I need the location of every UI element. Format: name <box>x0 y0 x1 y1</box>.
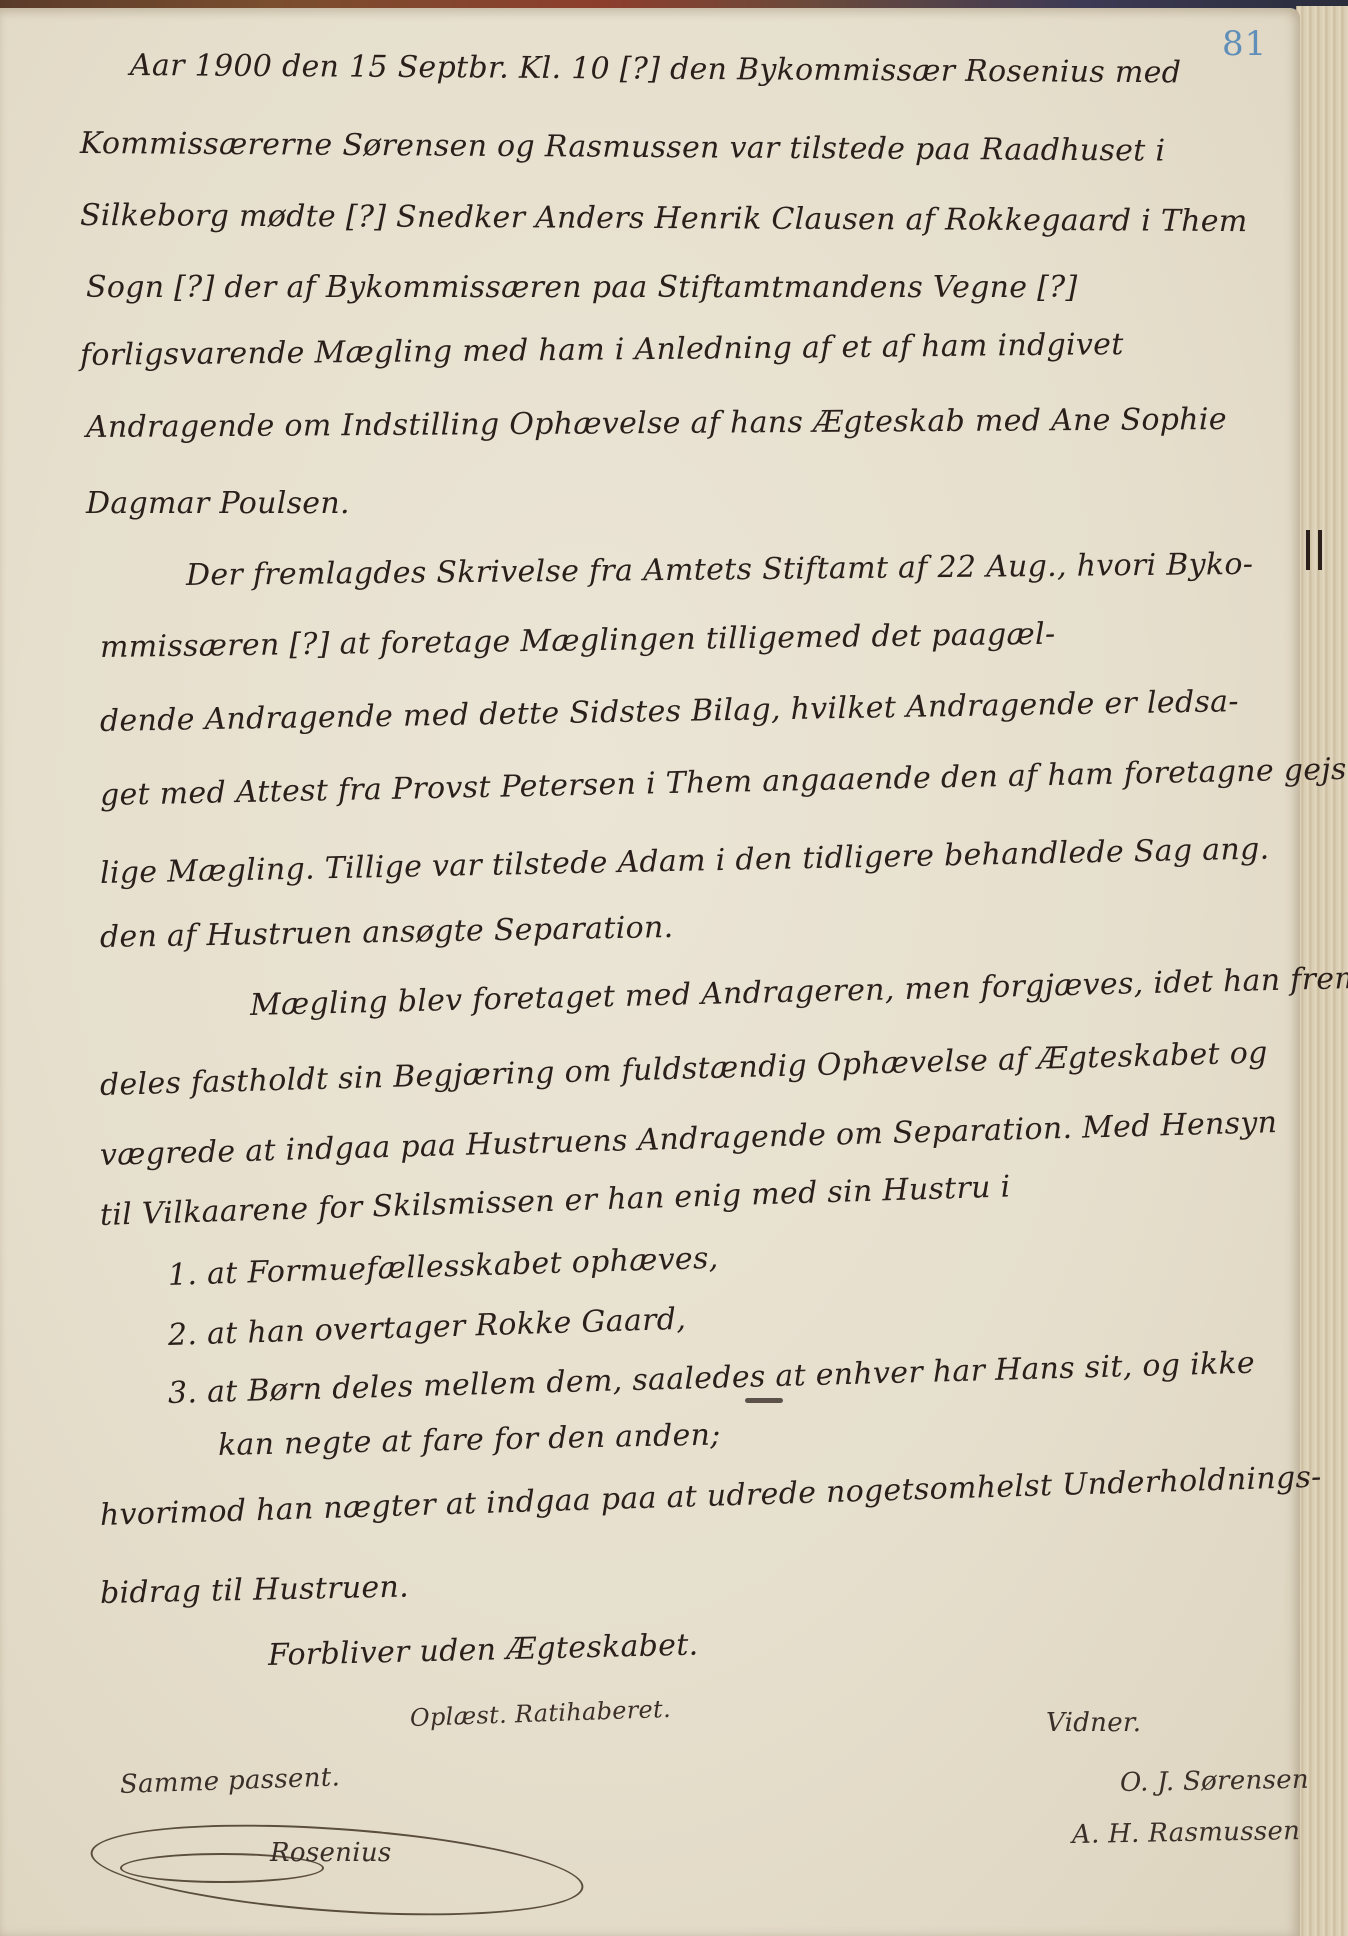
text-line: hvorimod han nægter at indgaa paa at udr… <box>99 1460 1322 1533</box>
text-line: bidrag til Hustruen. <box>100 1570 410 1611</box>
text-line: get med Attest fra Provst Petersen i The… <box>100 751 1348 813</box>
page-number: 81 <box>1222 24 1267 64</box>
text-line: forligsvarende Mægling med ham i Anledni… <box>80 327 1124 373</box>
ledger-page: 81 Aar 1900 den 15 Septbr. Kl. 10 [?] de… <box>0 8 1300 1936</box>
list-text: at Børn deles mellem dem, saaledes at en… <box>207 1346 1256 1410</box>
list-number: 1. <box>167 1257 197 1293</box>
list-continuation: kan negte at fare for den anden; <box>218 1417 721 1463</box>
left-signature-label: Samme passent. <box>119 1762 340 1800</box>
witness-signature: A. H. Rasmussen <box>1072 1816 1301 1850</box>
text-line: lige Mægling. Tillige var tilstede Adam … <box>100 832 1270 891</box>
list-text: at Formuefællesskabet ophæves, <box>207 1241 720 1292</box>
text-line: Kommissærerne Sørensen og Rasmussen var … <box>80 126 1166 169</box>
list-text: at han overtager Rokke Gaard, <box>207 1302 687 1352</box>
list-number: 3. <box>168 1375 198 1411</box>
margin-mark <box>1306 530 1310 570</box>
text-line: Silkeborg mødte [?] Snedker Anders Henri… <box>80 198 1248 239</box>
text-line: Mægling blev foretaget med Andrageren, m… <box>250 961 1348 1023</box>
closing-phrase: Forbliver uden Ægteskabet. <box>268 1627 699 1673</box>
text-line: Der fremlagdes Skrivelse fra Amtets Stif… <box>186 547 1254 593</box>
closing-subnote: Oplæst. Ratihaberet. <box>410 1695 672 1732</box>
text-line: den af Hustruen ansøgte Separation. <box>100 910 674 955</box>
list-number: 2. <box>167 1317 197 1353</box>
ink-stroke <box>745 1398 783 1403</box>
text-line: deles fastholdt sin Begjæring om fuldstæ… <box>100 1035 1269 1103</box>
list-item: 1. at Formuefællesskabet ophæves, <box>167 1241 719 1293</box>
left-signature-name: Rosenius <box>270 1838 392 1868</box>
witness-label: Vidner. <box>1046 1708 1141 1738</box>
text-line: dende Andragende med dette Sidstes Bilag… <box>100 684 1239 739</box>
scanned-ledger-page: 81 Aar 1900 den 15 Septbr. Kl. 10 [?] de… <box>0 0 1348 1936</box>
list-item: 2. at han overtager Rokke Gaard, <box>167 1302 686 1353</box>
text-line: Dagmar Poulsen. <box>86 486 350 521</box>
text-line: Andragende om Indstilling Ophævelse af h… <box>86 402 1227 445</box>
witness-signature: O. J. Sørensen <box>1120 1765 1309 1798</box>
text-line: mmissæren [?] at foretage Mæglingen till… <box>100 617 1056 665</box>
text-line: Sogn [?] der af Bykommissæren paa Stifta… <box>86 270 1078 305</box>
text-line: til Vilkaarene for Skilsmissen er han en… <box>99 1169 1011 1233</box>
text-line: vægrede at indgaa paa Hustruens Andragen… <box>100 1105 1278 1173</box>
text-line: Aar 1900 den 15 Septbr. Kl. 10 [?] den B… <box>130 48 1181 90</box>
list-item: 3. at Børn deles mellem dem, saaledes at… <box>168 1346 1256 1411</box>
